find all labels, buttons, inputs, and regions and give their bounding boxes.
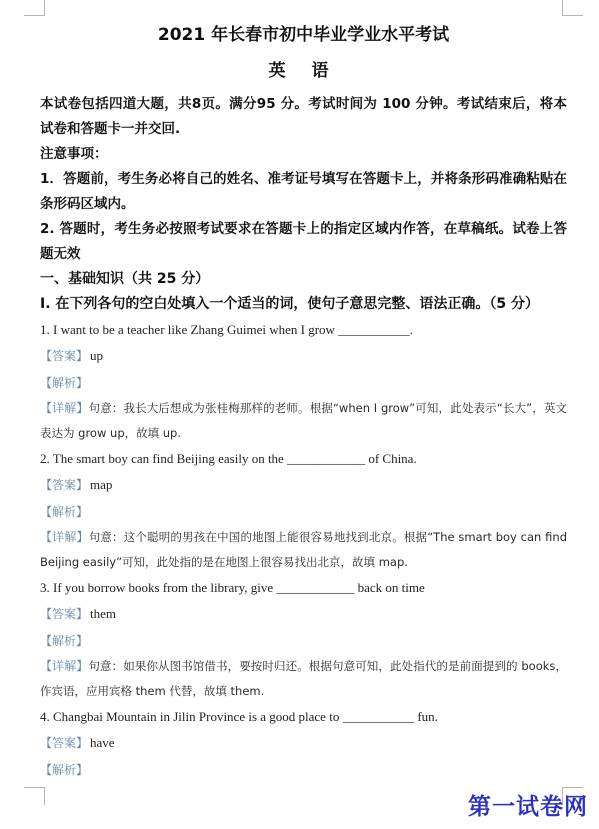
analysis-line: 【解析】 <box>40 627 567 654</box>
question-block-3: 3. If you borrow books from the library,… <box>40 575 567 704</box>
analysis-label: 【解析】 <box>40 634 88 648</box>
question-block-4: 4. Changbai Mountain in Jilin Province i… <box>40 704 567 786</box>
answer-line: 【答案】them <box>40 600 567 627</box>
document-content: 2021 年长春市初中毕业学业水平考试 英 语 本试卷包括四道大题，共8页。满分… <box>40 14 567 786</box>
detail-label: 【详解】 <box>40 401 89 415</box>
analysis-label: 【解析】 <box>40 505 88 519</box>
answer-label: 【答案】 <box>40 349 88 363</box>
detail-text: 句意：我长大后想成为张桂梅那样的老师。根据“when I grow”可知，此处表… <box>40 401 567 440</box>
watermark-logo: 第一试卷网 <box>468 788 588 821</box>
answer-label: 【答案】 <box>40 478 88 492</box>
analysis-line: 【解析】 <box>40 369 567 396</box>
answer-line: 【答案】map <box>40 471 567 498</box>
page-title: 2021 年长春市初中毕业学业水平考试 <box>40 22 567 48</box>
part-heading: I. 在下列各句的空白处填入一个适当的词，使句子意思完整、语法正确。（5 分） <box>40 292 567 317</box>
question-text: 1. I want to be a teacher like Zhang Gui… <box>40 317 567 342</box>
detail-text: 句意：这个聪明的男孩在中国的地图上能很容易地找到北京。根据“The smart … <box>40 530 567 569</box>
detail-paragraph: 【详解】句意：吉林省的长白山是个好玩的好地方。根据句意可知，此处表达的是“好玩的… <box>40 783 567 786</box>
exam-paper-page: 2021 年长春市初中毕业学业水平考试 英 语 本试卷包括四道大题，共8页。满分… <box>0 0 599 829</box>
question-text: 4. Changbai Mountain in Jilin Province i… <box>40 704 567 729</box>
detail-paragraph: 【详解】句意：这个聪明的男孩在中国的地图上能很容易地找到北京。根据“The sm… <box>40 525 567 575</box>
question-text: 3. If you borrow books from the library,… <box>40 575 567 600</box>
subject-title: 英 语 <box>40 58 567 84</box>
detail-label: 【详解】 <box>40 659 88 673</box>
analysis-label: 【解析】 <box>40 763 88 777</box>
notice-title: 注意事项： <box>40 142 567 167</box>
detail-label: 【详解】 <box>40 530 89 544</box>
answer-value: have <box>90 735 115 750</box>
answer-value: up <box>90 348 103 363</box>
analysis-label: 【解析】 <box>40 376 88 390</box>
answer-label: 【答案】 <box>40 607 88 621</box>
exam-summary: 本试卷包括四道大题，共8页。满分95 分。考试时间为 100 分钟。考试结束后，… <box>40 92 567 142</box>
analysis-line: 【解析】 <box>40 498 567 525</box>
detail-text: 句意：如果你从图书馆借书，要按时归还。根据句意可知，此处指代的是前面提到的 bo… <box>40 659 567 698</box>
answer-label: 【答案】 <box>40 736 88 750</box>
crop-mark-bottom-left-icon <box>24 787 45 805</box>
question-block-1: 1. I want to be a teacher like Zhang Gui… <box>40 317 567 446</box>
notice-item-2: 2. 答题时，考生务必按照考试要求在答题卡上的指定区域内作答，在草稿纸。试卷上答… <box>40 217 567 267</box>
answer-value: them <box>90 606 116 621</box>
question-block-2: 2. The smart boy can find Beijing easily… <box>40 446 567 575</box>
analysis-line: 【解析】 <box>40 756 567 783</box>
question-text: 2. The smart boy can find Beijing easily… <box>40 446 567 471</box>
detail-paragraph: 【详解】句意：我长大后想成为张桂梅那样的老师。根据“when I grow”可知… <box>40 396 567 446</box>
answer-value: map <box>90 477 112 492</box>
detail-paragraph: 【详解】句意：如果你从图书馆借书，要按时归还。根据句意可知，此处指代的是前面提到… <box>40 654 567 704</box>
section-heading: 一、基础知识（共 25 分） <box>40 267 567 292</box>
answer-line: 【答案】have <box>40 729 567 756</box>
notice-item-1: 1．答题前，考生务必将自己的姓名、准考证号填写在答题卡上，并将条形码准确粘贴在条… <box>40 167 567 217</box>
answer-line: 【答案】up <box>40 342 567 369</box>
